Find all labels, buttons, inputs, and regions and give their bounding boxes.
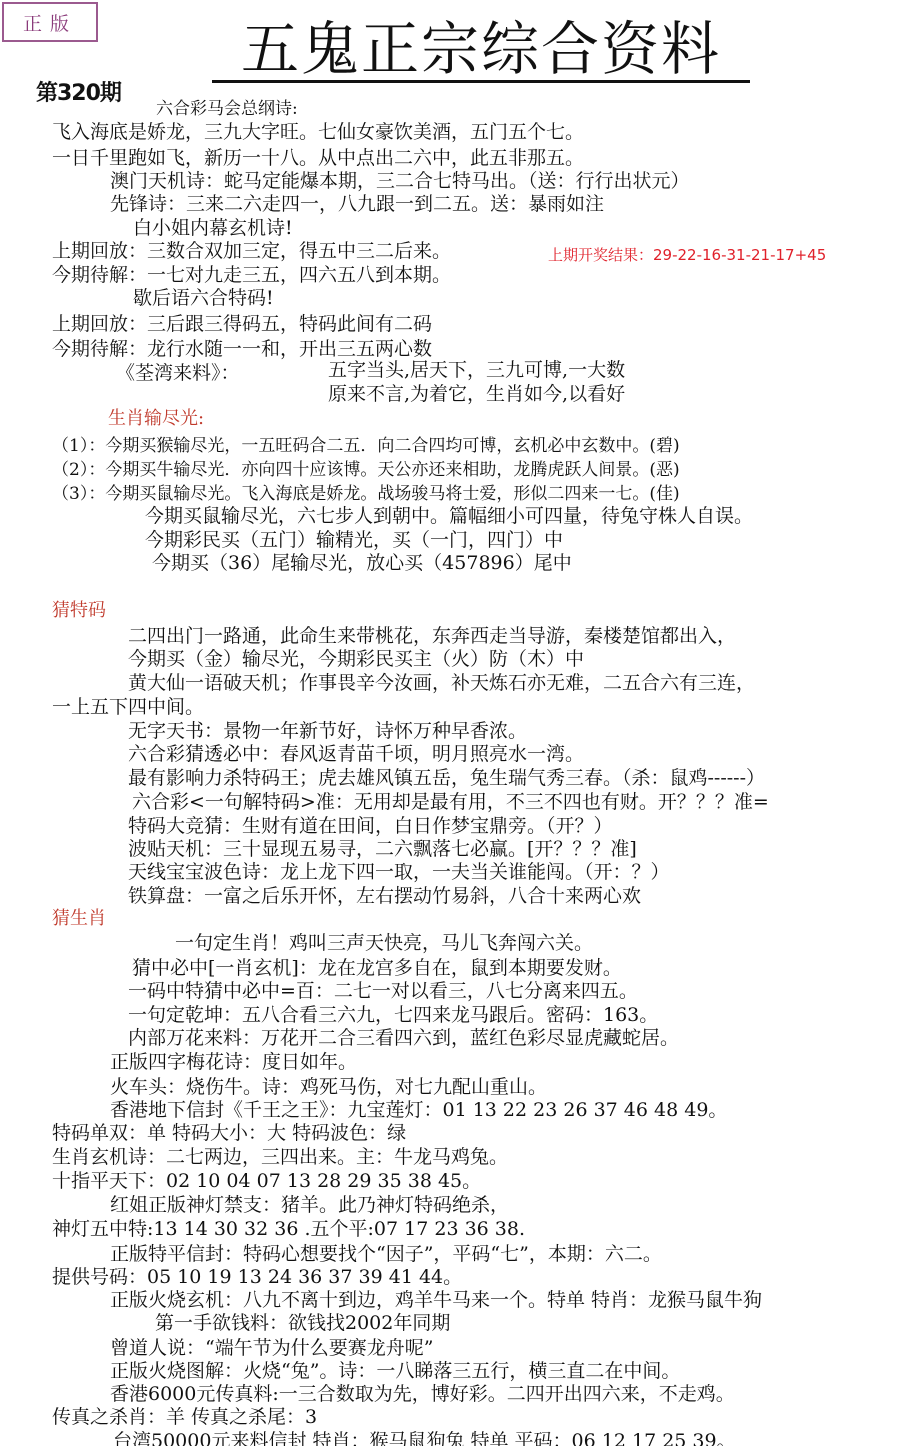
text-line: 一码中特猜中必中=百：二七一对以看三，八七分离来四五。 [128, 980, 638, 1002]
text-line: 一句定生肖！鸡叫三声天快亮，马儿飞奔闯六关。 [175, 932, 593, 954]
text-line: 十指平天下：02 10 04 07 13 28 29 35 38 45。 [52, 1170, 481, 1192]
text-line: 第一手欲钱料：欲钱找2002年同期 [155, 1312, 450, 1334]
text-line: 六合彩猜透必中：春风返青苗千顷，明月照亮水一湾。 [128, 743, 584, 765]
text-line: 正版火烧玄机：八九不离十到边，鸡羊牛马来一个。特单 特肖：龙猴马鼠牛狗 [110, 1289, 762, 1311]
text-line: 原来不言,为着它，生肖如今,以看好 [328, 383, 625, 405]
text-line: 一上五下四中间。 [52, 696, 204, 718]
text-line: 上期回放：三后跟三得码五，特码此间有二码 [52, 313, 432, 335]
text-line: 特码大竞猜：生财有道在田间，白日作梦宝鼎旁。（开？） [128, 815, 613, 837]
text-line: 提供号码：05 10 19 13 24 36 37 39 41 44。 [52, 1266, 462, 1288]
text-line: （2）：今期买牛输尽光．亦向四十应该博。天公亦还来相助，龙腾虎跃人间景。(恶) [52, 459, 680, 481]
text-line: （3）：今期买鼠输尽光。飞入海底是娇龙。战场骏马将士爱，形似二四来一七。(佳) [52, 483, 680, 505]
section-header: 猜特码 [52, 596, 106, 622]
text-line: 一句定乾坤：五八合看三六九，七四来龙马跟后。密码：163。 [128, 1004, 658, 1026]
text-line: 曾道人说：“端午节为什么要赛龙舟呢” [110, 1337, 433, 1359]
text-line: 一日千里跑如飞，新历一十八。从中点出二六中，此五非那五。 [52, 147, 584, 169]
genuine-badge: 正版 [2, 2, 98, 42]
text-line: 内部万花来料：万花开二合三看四六到，蓝红色彩尽显虎藏蛇居。 [128, 1027, 679, 1049]
text-line: 天线宝宝波色诗：龙上龙下四一取，一夫当关谁能闯。（开：？） [128, 861, 670, 883]
text-line: 火车头：烧伤牛。诗：鸡死马伤，对七九配山重山。 [110, 1076, 547, 1098]
text-line: 今期买鼠输尽光，六七步人到朝中。篇幅细小可四量，待兔守株人自误。 [145, 505, 753, 527]
text-line: 正版火烧图解：火烧“兔”。诗：一八睇落三五行，横三直二在中间。 [110, 1360, 680, 1382]
text-line: 歇后语六合特码! [133, 287, 274, 309]
issue-number: 第320期 [36, 76, 121, 107]
text-line: 传真之杀肖：羊 传真之杀尾：3 [52, 1406, 317, 1428]
text-line: 先锋诗：三来二六走四一，八九跟一到二五。送：暴雨如注 [110, 193, 604, 215]
page-title: 五鬼正宗综合资料 [212, 18, 750, 83]
text-line: 神灯五中特:13 14 30 32 36 .五个平:07 17 23 36 38… [52, 1218, 525, 1240]
text-line: 黄大仙一语破天机；作事畏辛今汝画，补天炼石亦无难，二五合六有三连， [128, 672, 755, 694]
text-line: 六合彩马会总纲诗: [156, 98, 298, 120]
section-header: 猜生肖 [52, 904, 106, 930]
text-line: 铁算盘：一富之后乐开怀，左右摆动竹易斜，八合十来两心欢 [128, 885, 641, 907]
text-line: 波贴天机：三十显现五易寻，二六飘落七必赢。[开？？？准] [128, 838, 637, 860]
text-line: 今期买（36）尾输尽光，放心买（457896）尾中 [152, 552, 572, 574]
text-line: 红姐正版神灯禁支：猪羊。此乃神灯特码绝杀， [110, 1194, 509, 1216]
text-line: 最有影响力杀特码王；虎去雄风镇五岳，兔生瑞气秀三春。（杀：鼠鸡------） [128, 767, 765, 789]
text-line: （1）：今期买猴输尽光，一五旺码合二五．向二合四均可博，玄机必中玄数中。(碧) [52, 435, 680, 457]
text-line: 飞入海底是娇龙，三九大字旺。七仙女豪饮美酒，五门五个七。 [52, 121, 584, 143]
text-line: 六合彩<一句解特码>准：无用却是最有用，不三不四也有财。开？？？准= [132, 791, 769, 813]
text-line: 今期待解：龙行水随一一和，开出三五两心数 [52, 338, 432, 360]
text-line: 无字天书：景物一年新节好，诗怀万种早香浓。 [128, 720, 527, 742]
text-line: 五字当头,居天下，三九可博,一大数 [328, 359, 625, 381]
text-line: 上期回放：三数合双加三定，得五中三二后来。 [52, 240, 451, 262]
text-line: 特码单双：单 特码大小：大 特码波色：绿 [52, 1122, 406, 1144]
text-line: 今期待解：一七对九走三五，四六五八到本期。 [52, 264, 451, 286]
text-line: 猜中必中[一肖玄机]：龙在龙宫多自在，鼠到本期要发财。 [132, 957, 622, 979]
text-line: 澳门天机诗：蛇马定能爆本期，三二合七特马出。（送：行行出状元） [110, 170, 690, 192]
text-line: 香港6000元传真料:一三合数取为先，博好彩。二四开出四六来，不走鸡。 [110, 1383, 735, 1405]
text-line: 今期买（金）输尽光，今期彩民买主（火）防（木）中 [128, 648, 584, 670]
text-line: 生肖玄机诗：二七两边，三四出来。主：牛龙马鸡兔。 [52, 1146, 508, 1168]
text-line: 今期彩民买（五门）输精光，买（一门，四门）中 [145, 529, 563, 551]
text-line: 正版四字梅花诗：度日如年。 [110, 1051, 357, 1073]
text-line: 正版特平信封：特码心想要找个“因子”，平码“七”，本期：六二。 [110, 1243, 662, 1265]
text-line: 白小姐内幕玄机诗! [133, 217, 293, 239]
last-draw-result: 上期开奖结果：29-22-16-31-21-17+45 [548, 244, 826, 265]
text-line: 二四出门一路通，此命生来带桃花，东奔西走当导游，秦楼楚馆都出入， [128, 625, 736, 647]
section-header: 生肖输尽光: [108, 404, 204, 430]
text-line: 香港地下信封《千王之王》：九宝莲灯：01 13 22 23 26 37 46 4… [110, 1099, 727, 1121]
text-line: 台湾50000元来料信封 特肖：猴马鼠狗兔 特单 平码：06 12 17 25 … [113, 1430, 736, 1446]
text-line: 《荃湾来料》： [116, 362, 240, 384]
